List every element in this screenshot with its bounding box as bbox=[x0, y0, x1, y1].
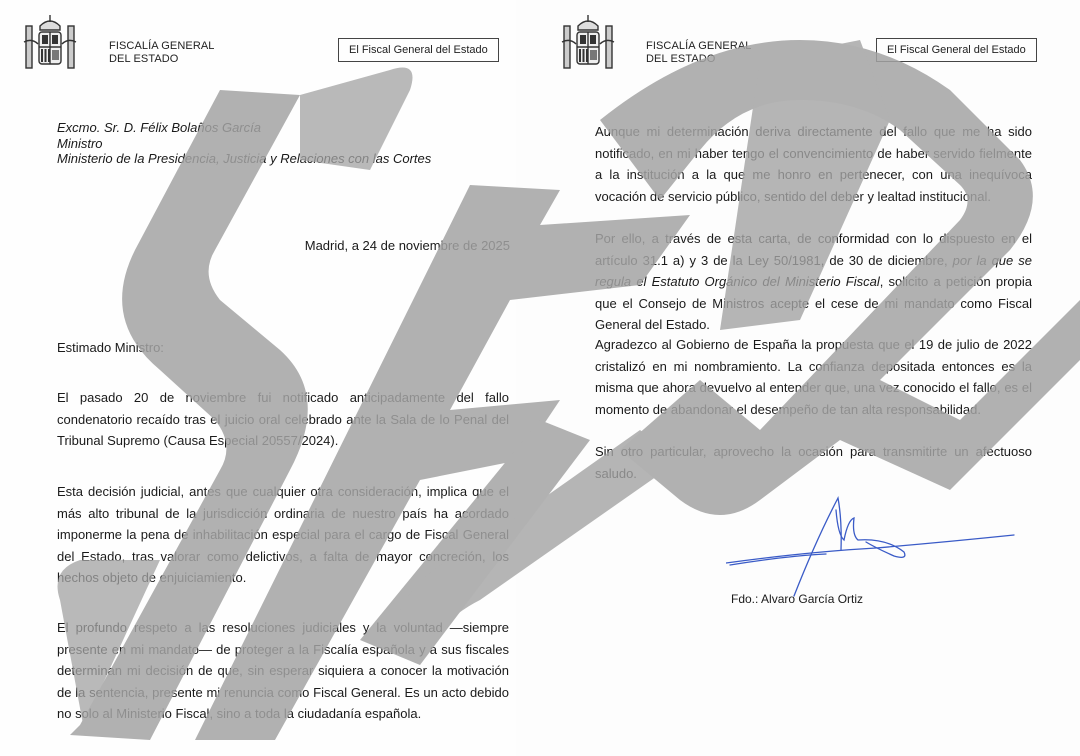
paragraph-4: Aunque mi determinación deriva directame… bbox=[595, 121, 1032, 207]
handwritten-signature-icon bbox=[726, 490, 1016, 600]
paragraph-4-text: Aunque mi determinación deriva directame… bbox=[595, 121, 1032, 207]
spain-coat-of-arms-icon bbox=[22, 14, 78, 74]
org-line-1: FISCALÍA GENERAL bbox=[109, 40, 215, 53]
org-line-2: DEL ESTADO bbox=[646, 53, 752, 66]
paragraph-1-text: El pasado 20 de noviembre fui notificado… bbox=[57, 387, 509, 452]
paragraph-3-text: El profundo respeto a las resoluciones j… bbox=[57, 617, 509, 725]
recipient-block: Excmo. Sr. D. Félix Bolaños García Minis… bbox=[57, 120, 431, 167]
recipient-title: Ministro bbox=[57, 136, 431, 152]
letter-date: Madrid, a 24 de noviembre de 2025 bbox=[305, 238, 510, 253]
signature-name: Fdo.: Alvaro García Ortiz bbox=[731, 592, 863, 606]
paragraph-2: Esta decisión judicial, antes que cualqu… bbox=[57, 481, 509, 589]
recipient-ministry: Ministerio de la Presidencia, Justicia y… bbox=[57, 151, 431, 167]
fiscal-general-box: El Fiscal General del Estado bbox=[338, 38, 499, 62]
organization-name: FISCALÍA GENERAL DEL ESTADO bbox=[109, 40, 215, 66]
org-line-1: FISCALÍA GENERAL bbox=[646, 40, 752, 53]
paragraph-1: El pasado 20 de noviembre fui notificado… bbox=[57, 387, 509, 452]
spain-coat-of-arms-icon bbox=[560, 14, 616, 74]
letter-page-1: FISCALÍA GENERAL DEL ESTADO El Fiscal Ge… bbox=[0, 0, 516, 756]
organization-name: FISCALÍA GENERAL DEL ESTADO bbox=[646, 40, 752, 66]
paragraph-6: Agradezco al Gobierno de España la propu… bbox=[595, 334, 1032, 420]
letter-page-2: FISCALÍA GENERAL DEL ESTADO El Fiscal Ge… bbox=[516, 0, 1080, 756]
fiscal-general-box: El Fiscal General del Estado bbox=[876, 38, 1037, 62]
paragraph-6-text: Agradezco al Gobierno de España la propu… bbox=[595, 334, 1032, 420]
paragraph-5: Por ello, a través de esta carta, de con… bbox=[595, 228, 1032, 336]
org-line-2: DEL ESTADO bbox=[109, 53, 215, 66]
paragraph-5-text: Por ello, a través de esta carta, de con… bbox=[595, 228, 1032, 336]
paragraph-2-text: Esta decisión judicial, antes que cualqu… bbox=[57, 481, 509, 589]
paragraph-3: El profundo respeto a las resoluciones j… bbox=[57, 617, 509, 725]
recipient-name: Excmo. Sr. D. Félix Bolaños García bbox=[57, 120, 431, 136]
closing-text: Sin otro particular, aprovecho la ocasió… bbox=[595, 441, 1032, 484]
closing: Sin otro particular, aprovecho la ocasió… bbox=[595, 441, 1032, 484]
salutation: Estimado Ministro: bbox=[57, 337, 509, 359]
